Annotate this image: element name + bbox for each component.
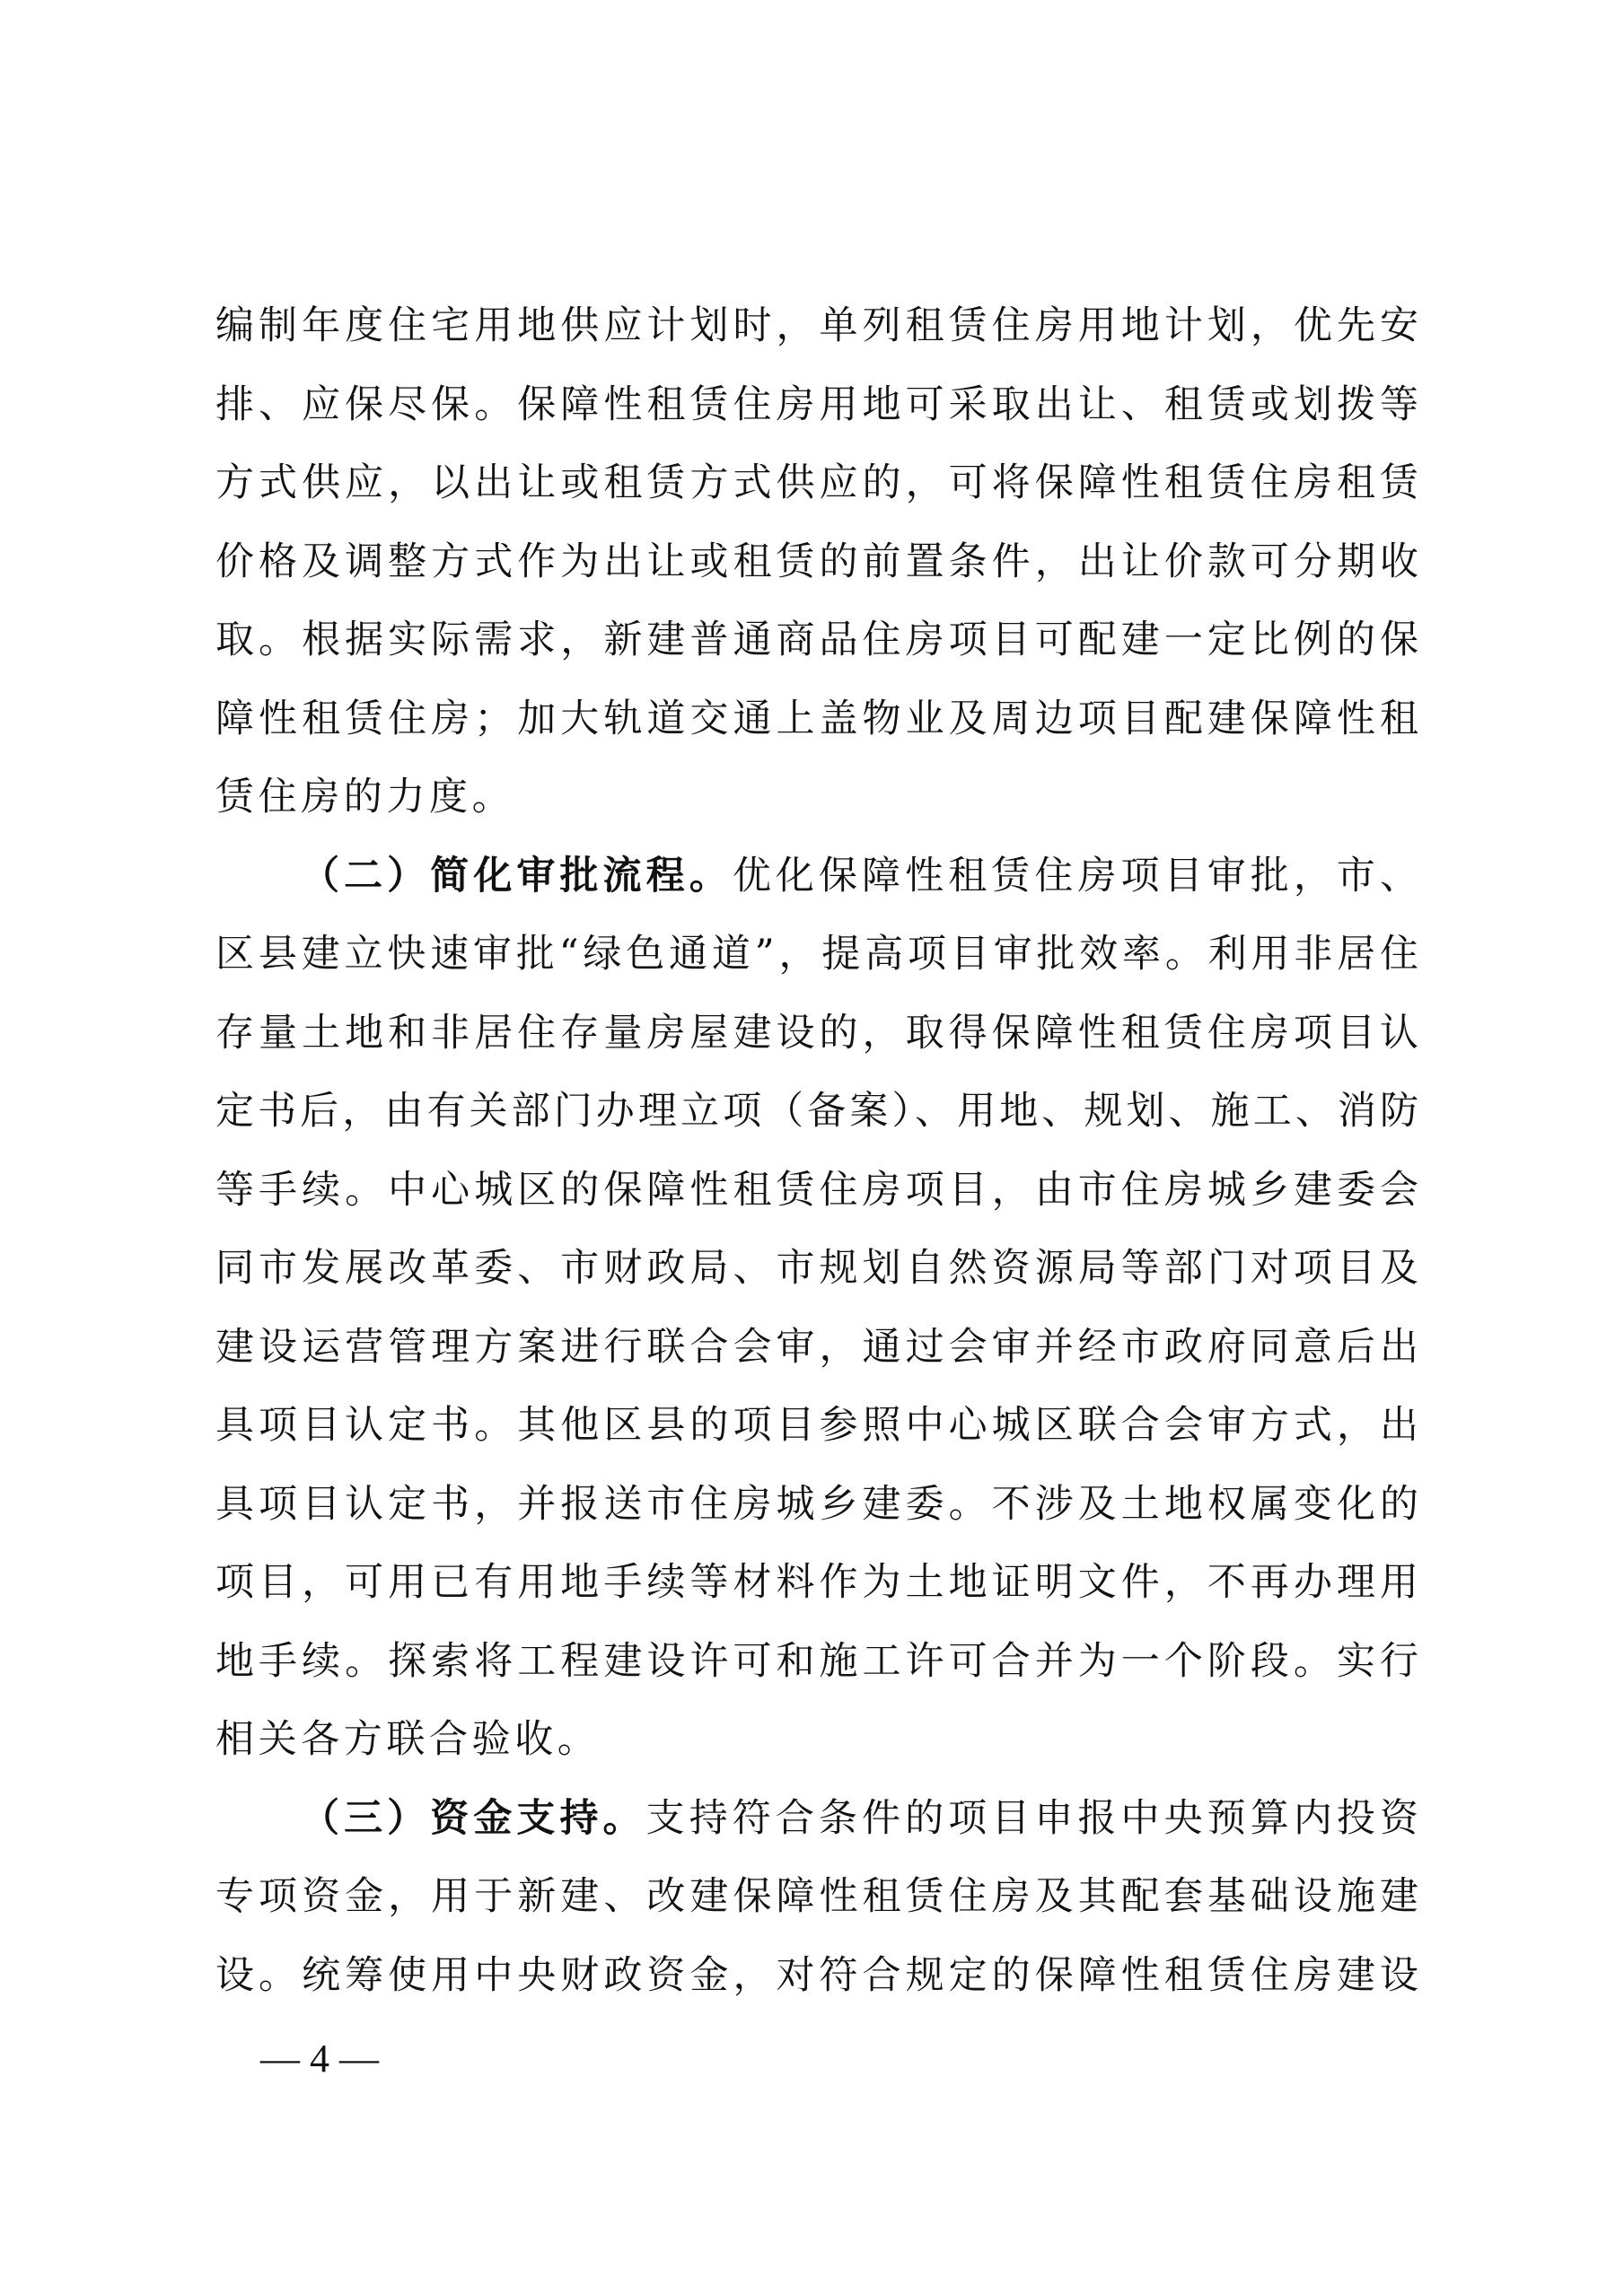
section-heading-funding-support: （三）资金支持。 xyxy=(301,1796,646,1841)
paragraph-simplify-approval: （二）简化审批流程。优化保障性租赁住房项目审批，市、 区县建立快速审批“绿色通道… xyxy=(215,837,1418,1780)
text-line: 定书后，由有关部门办理立项（备案）、用地、规划、施工、消防 xyxy=(215,1073,1418,1152)
section-heading-simplify-approval: （二）简化审批流程。 xyxy=(301,854,733,898)
text-line: 相关各方联合验收。 xyxy=(215,1701,1418,1780)
text-line: 存量土地和非居住存量房屋建设的，取得保障性租赁住房项目认 xyxy=(215,995,1418,1074)
text-line: 障性租赁住房；加大轨道交通上盖物业及周边项目配建保障性租 xyxy=(215,680,1418,759)
text-line: 价格及调整方式作为出让或租赁的前置条件，出让价款可分期收 xyxy=(215,523,1418,602)
text-line: 区县建立快速审批“绿色通道”，提高项目审批效率。利用非居住 xyxy=(215,916,1418,995)
text-line: 排、应保尽保。保障性租赁住房用地可采取出让、租赁或划拨等 xyxy=(215,366,1418,445)
text-line: 专项资金，用于新建、改建保障性租赁住房及其配套基础设施建 xyxy=(215,1858,1418,1937)
text-line: 地手续。探索将工程建设许可和施工许可合并为一个阶段。实行 xyxy=(215,1623,1418,1702)
text-line: 等手续。中心城区的保障性租赁住房项目，由市住房城乡建委会 xyxy=(215,1152,1418,1231)
text-line: 方式供应，以出让或租赁方式供应的，可将保障性租赁住房租赁 xyxy=(215,444,1418,523)
text-line: （二）简化审批流程。优化保障性租赁住房项目审批，市、 xyxy=(215,837,1418,916)
body-text: 编制年度住宅用地供应计划时，单列租赁住房用地计划，优先安 排、应保尽保。保障性租… xyxy=(215,287,1418,2015)
text-line: 同市发展改革委、市财政局、市规划自然资源局等部门对项目及 xyxy=(215,1230,1418,1309)
text-line: 赁住房的力度。 xyxy=(215,758,1418,837)
paragraph-funding-support: （三）资金支持。支持符合条件的项目申报中央预算内投资 专项资金，用于新建、改建保… xyxy=(215,1780,1418,2016)
page-number: — 4 — xyxy=(260,2036,379,2081)
text-line: 建设运营管理方案进行联合会审，通过会审并经市政府同意后出 xyxy=(215,1309,1418,1388)
text-run: 支持符合条件的项目申报中央预算内投资 xyxy=(646,1796,1418,1841)
text-line: 设。统筹使用中央财政资金，对符合规定的保障性租赁住房建设 xyxy=(215,1937,1418,2016)
text-line: 编制年度住宅用地供应计划时，单列租赁住房用地计划，优先安 xyxy=(215,287,1418,366)
document-page: 编制年度住宅用地供应计划时，单列租赁住房用地计划，优先安 排、应保尽保。保障性租… xyxy=(0,0,1624,2296)
text-line: （三）资金支持。支持符合条件的项目申报中央预算内投资 xyxy=(215,1780,1418,1859)
text-line: 取。根据实际需求，新建普通商品住房项目可配建一定比例的保 xyxy=(215,601,1418,680)
text-line: 具项目认定书。其他区县的项目参照中心城区联合会审方式，出 xyxy=(215,1387,1418,1466)
text-line: 具项目认定书，并报送市住房城乡建委。不涉及土地权属变化的 xyxy=(215,1466,1418,1545)
text-run: 优化保障性租赁住房项目审批，市、 xyxy=(733,854,1418,898)
paragraph-land-supply: 编制年度住宅用地供应计划时，单列租赁住房用地计划，优先安 排、应保尽保。保障性租… xyxy=(215,287,1418,837)
text-line: 项目，可用已有用地手续等材料作为土地证明文件，不再办理用 xyxy=(215,1544,1418,1623)
